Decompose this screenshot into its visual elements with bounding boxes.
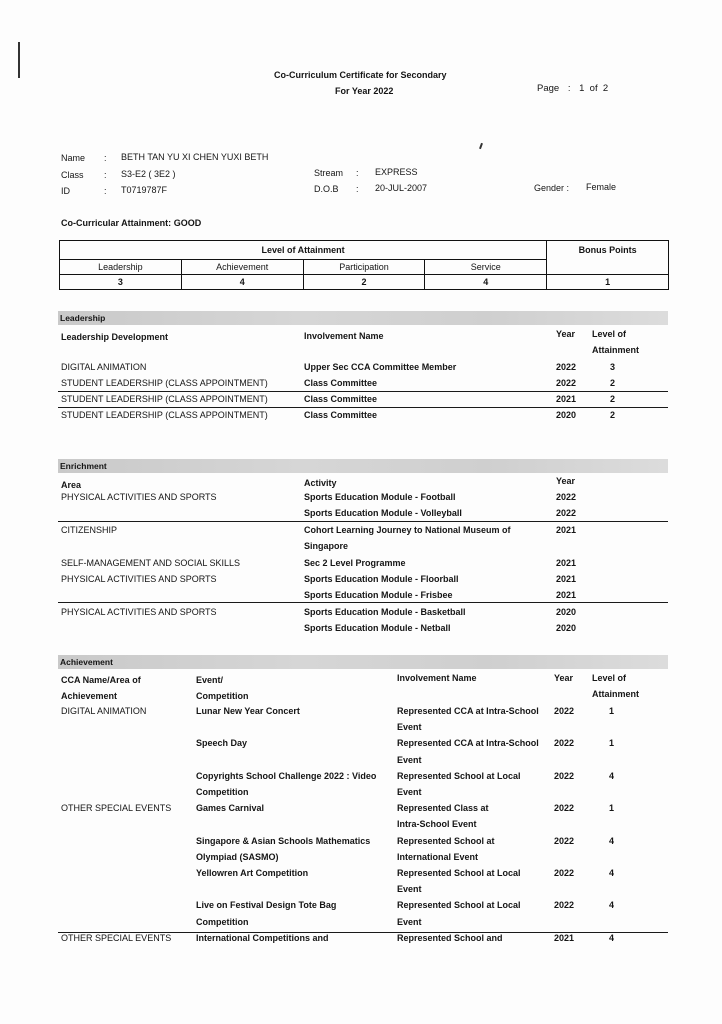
cell-activity: Sports Education Module - Frisbee (304, 590, 453, 600)
cell-area: PHYSICAL ACTIVITIES AND SPORTS (61, 574, 217, 584)
cell-level: 1 (609, 738, 614, 748)
attainment-value: GOOD (174, 218, 202, 228)
cell-year: 2022 (554, 836, 574, 846)
dob-sep: : (356, 184, 359, 194)
cell-involvement: Upper Sec CCA Committee Member (304, 362, 456, 372)
cell-involvement: Represented School at Local (397, 868, 521, 878)
cell-development: DIGITAL ANIMATION (61, 362, 146, 372)
value-bonus-points: 1 (547, 275, 669, 290)
cell-level: 4 (609, 900, 614, 910)
header-year: Year (556, 476, 575, 486)
value-leadership: 3 (60, 275, 182, 290)
cell-level: 4 (609, 771, 614, 781)
cell-year: 2022 (554, 900, 574, 910)
cell-area: PHYSICAL ACTIVITIES AND SPORTS (61, 607, 217, 617)
cell-area: SELF-MANAGEMENT AND SOCIAL SKILLS (61, 558, 240, 568)
name-label: Name (61, 153, 85, 163)
class-sep: : (104, 170, 107, 180)
cell-area: PHYSICAL ACTIVITIES AND SPORTS (61, 492, 217, 502)
achievement-section-title: Achievement (60, 657, 113, 667)
cell-involvement: Represented Class at (397, 803, 489, 813)
cell-involvement: Event (397, 755, 422, 765)
cell-event: Competition (196, 787, 249, 797)
cell-year: 2022 (556, 378, 576, 388)
page-separator: : (568, 83, 571, 94)
student-stream: EXPRESS (375, 167, 418, 177)
level-of-attainment-header: Level of Attainment (60, 241, 547, 260)
enrichment-section-title: Enrichment (60, 461, 107, 471)
cell-activity: Sports Education Module - Football (304, 492, 456, 502)
header-level-1: Level of (592, 329, 626, 339)
cell-event: Games Carnival (196, 803, 264, 813)
header-cca-1: CCA Name/Area of (61, 675, 141, 685)
cell-event: Olympiad (SASMO) (196, 852, 279, 862)
gender-label: Gender : (534, 183, 569, 193)
cell-year: 2022 (554, 868, 574, 878)
leadership-section-title: Leadership (60, 313, 105, 323)
dob-label: D.O.B (314, 184, 339, 194)
cell-event: Competition (196, 917, 249, 927)
document-subtitle: For Year 2022 (335, 86, 393, 96)
class-label: Class (61, 170, 84, 180)
id-sep: : (104, 186, 107, 196)
cell-event: Live on Festival Design Tote Bag (196, 900, 336, 910)
cell-involvement: Event (397, 722, 422, 732)
table-row: Event (0, 755, 722, 769)
cell-year: 2022 (554, 738, 574, 748)
table-row: Intra-School Event (0, 819, 722, 833)
attainment-summary: Co-Curricular Attainment: GOOD (61, 218, 201, 228)
student-id: T0719787F (121, 185, 167, 195)
value-achievement: 4 (181, 275, 303, 290)
cell-involvement: Represented CCA at Intra-School (397, 706, 539, 716)
cell-level: 3 (610, 362, 615, 372)
table-row: Yellowren Art CompetitionRepresented Sch… (0, 868, 722, 882)
document-title: Co-Curriculum Certificate for Secondary (274, 70, 447, 80)
col-service: Service (425, 260, 547, 275)
cell-event: Lunar New Year Concert (196, 706, 300, 716)
student-class: S3-E2 ( 3E2 ) (121, 169, 176, 179)
header-level-2: Attainment (592, 689, 639, 699)
stream-label: Stream (314, 168, 343, 178)
cell-year: 2020 (556, 410, 576, 420)
cell-activity: Sports Education Module - Netball (304, 623, 451, 633)
table-row: OTHER SPECIAL EVENTSGames CarnivalRepres… (0, 803, 722, 817)
table-row: Event (0, 884, 722, 898)
cell-event: Copyrights School Challenge 2022 : Video (196, 771, 376, 781)
table-row: STUDENT LEADERSHIP (CLASS APPOINTMENT)Cl… (0, 378, 722, 392)
scan-margin-mark (18, 42, 20, 78)
table-row: Olympiad (SASMO)International Event (0, 852, 722, 866)
header-event-2: Competition (196, 691, 249, 701)
table-row: Speech DayRepresented CCA at Intra-Schoo… (0, 738, 722, 752)
cell-event: International Competitions and (196, 933, 329, 943)
table-row: PHYSICAL ACTIVITIES AND SPORTSSports Edu… (0, 607, 722, 621)
table-row: OTHER SPECIAL EVENTSInternational Compet… (0, 933, 722, 947)
cell-level: 2 (610, 378, 615, 388)
table-row: Sports Education Module - Netball2020 (0, 623, 722, 637)
cell-level: 4 (609, 836, 614, 846)
cell-year: 2022 (554, 771, 574, 781)
cell-involvement: Represented School at (397, 836, 495, 846)
cell-activity: Singapore (304, 541, 348, 551)
page-value: 1 of 2 (579, 83, 608, 94)
table-row: STUDENT LEADERSHIP (CLASS APPOINTMENT)Cl… (0, 410, 722, 424)
cell-activity: Cohort Learning Journey to National Muse… (304, 525, 511, 535)
cell-year: 2021 (556, 525, 576, 535)
cell-area: CITIZENSHIP (61, 525, 117, 535)
cell-involvement: Event (397, 787, 422, 797)
row-divider (58, 932, 668, 933)
header-year: Year (554, 673, 573, 683)
cell-cca: OTHER SPECIAL EVENTS (61, 933, 171, 943)
cell-year: 2021 (556, 558, 576, 568)
header-involvement-name: Involvement Name (304, 331, 384, 341)
header-event-1: Event/ (196, 675, 223, 685)
table-row: Live on Festival Design Tote BagRepresen… (0, 900, 722, 914)
table-row: CITIZENSHIPCohort Learning Journey to Na… (0, 525, 722, 539)
scan-stray-mark (479, 143, 483, 149)
cell-involvement: Represented School at Local (397, 771, 521, 781)
student-name: BETH TAN YU XI CHEN YUXI BETH (121, 152, 268, 162)
leadership-section-header: Leadership (58, 311, 668, 325)
col-achievement: Achievement (181, 260, 303, 275)
table-row: DIGITAL ANIMATIONUpper Sec CCA Committee… (0, 362, 722, 376)
cell-involvement: Class Committee (304, 378, 377, 388)
cell-year: 2020 (556, 623, 576, 633)
cell-development: STUDENT LEADERSHIP (CLASS APPOINTMENT) (61, 378, 268, 388)
cell-level: 4 (609, 933, 614, 943)
cell-level: 1 (609, 706, 614, 716)
cell-activity: Sports Education Module - Volleyball (304, 508, 462, 518)
table-row: CompetitionEvent (0, 917, 722, 931)
table-row: STUDENT LEADERSHIP (CLASS APPOINTMENT)Cl… (0, 394, 722, 408)
cell-cca: OTHER SPECIAL EVENTS (61, 803, 171, 813)
table-row: Singapore (0, 541, 722, 555)
student-dob: 20-JUL-2007 (375, 183, 427, 193)
cell-year: 2021 (556, 590, 576, 600)
cell-activity: Sports Education Module - Floorball (304, 574, 459, 584)
table-row: PHYSICAL ACTIVITIES AND SPORTSSports Edu… (0, 492, 722, 506)
header-involvement-name: Involvement Name (397, 673, 477, 683)
page-label: Page (537, 83, 559, 94)
stream-sep: : (356, 168, 359, 178)
name-sep: : (104, 153, 107, 163)
header-level-1: Level of (592, 673, 626, 683)
table-row: SELF-MANAGEMENT AND SOCIAL SKILLSSec 2 L… (0, 558, 722, 572)
student-gender: Female (586, 182, 616, 192)
cell-year: 2021 (556, 394, 576, 404)
cell-year: 2022 (554, 803, 574, 813)
table-row: DIGITAL ANIMATIONLunar New Year ConcertR… (0, 706, 722, 720)
cell-involvement: International Event (397, 852, 478, 862)
table-row: Copyrights School Challenge 2022 : Video… (0, 771, 722, 785)
cell-involvement: Represented School at Local (397, 900, 521, 910)
cell-year: 2022 (556, 362, 576, 372)
header-area: Area (61, 480, 81, 490)
table-row: CompetitionEvent (0, 787, 722, 801)
row-divider (58, 602, 668, 603)
cell-year: 2022 (554, 706, 574, 716)
cell-development: STUDENT LEADERSHIP (CLASS APPOINTMENT) (61, 394, 268, 404)
cell-year: 2021 (556, 574, 576, 584)
cell-involvement: Represented CCA at Intra-School (397, 738, 539, 748)
row-divider (58, 521, 668, 522)
enrichment-section-header: Enrichment (58, 459, 668, 473)
attainment-label: Co-Curricular Attainment: (61, 218, 171, 228)
header-year: Year (556, 329, 575, 339)
value-participation: 2 (303, 275, 425, 290)
cell-activity: Sec 2 Level Programme (304, 558, 406, 568)
row-divider (58, 391, 668, 392)
cell-event: Singapore & Asian Schools Mathematics (196, 836, 370, 846)
cell-event: Yellowren Art Competition (196, 868, 308, 878)
row-divider (58, 407, 668, 408)
cell-event: Speech Day (196, 738, 247, 748)
id-label: ID (61, 186, 70, 196)
cell-involvement: Event (397, 917, 422, 927)
header-leadership-development: Leadership Development (61, 332, 168, 342)
cell-involvement: Represented School and (397, 933, 503, 943)
cell-development: STUDENT LEADERSHIP (CLASS APPOINTMENT) (61, 410, 268, 420)
header-level-2: Attainment (592, 345, 639, 355)
cell-year: 2020 (556, 607, 576, 617)
value-service: 4 (425, 275, 547, 290)
cell-level: 4 (609, 868, 614, 878)
header-activity: Activity (304, 478, 337, 488)
cell-year: 2021 (554, 933, 574, 943)
table-row: Event (0, 722, 722, 736)
col-participation: Participation (303, 260, 425, 275)
bonus-points-header: Bonus Points (547, 241, 669, 275)
cell-involvement: Class Committee (304, 410, 377, 420)
col-leadership: Leadership (60, 260, 182, 275)
cell-involvement: Class Committee (304, 394, 377, 404)
table-row: PHYSICAL ACTIVITIES AND SPORTSSports Edu… (0, 574, 722, 588)
cell-level: 2 (610, 410, 615, 420)
cell-activity: Sports Education Module - Basketball (304, 607, 466, 617)
cell-year: 2022 (556, 492, 576, 502)
cell-level: 2 (610, 394, 615, 404)
attainment-table: Level of Attainment Bonus Points Leaders… (59, 240, 669, 290)
cell-level: 1 (609, 803, 614, 813)
cell-year: 2022 (556, 508, 576, 518)
cell-involvement: Intra-School Event (397, 819, 477, 829)
cell-cca: DIGITAL ANIMATION (61, 706, 146, 716)
achievement-section-header: Achievement (58, 655, 668, 669)
table-row: Singapore & Asian Schools MathematicsRep… (0, 836, 722, 850)
header-cca-2: Achievement (61, 691, 117, 701)
cell-involvement: Event (397, 884, 422, 894)
page-indicator: Page : 1 of 2 (537, 83, 608, 94)
